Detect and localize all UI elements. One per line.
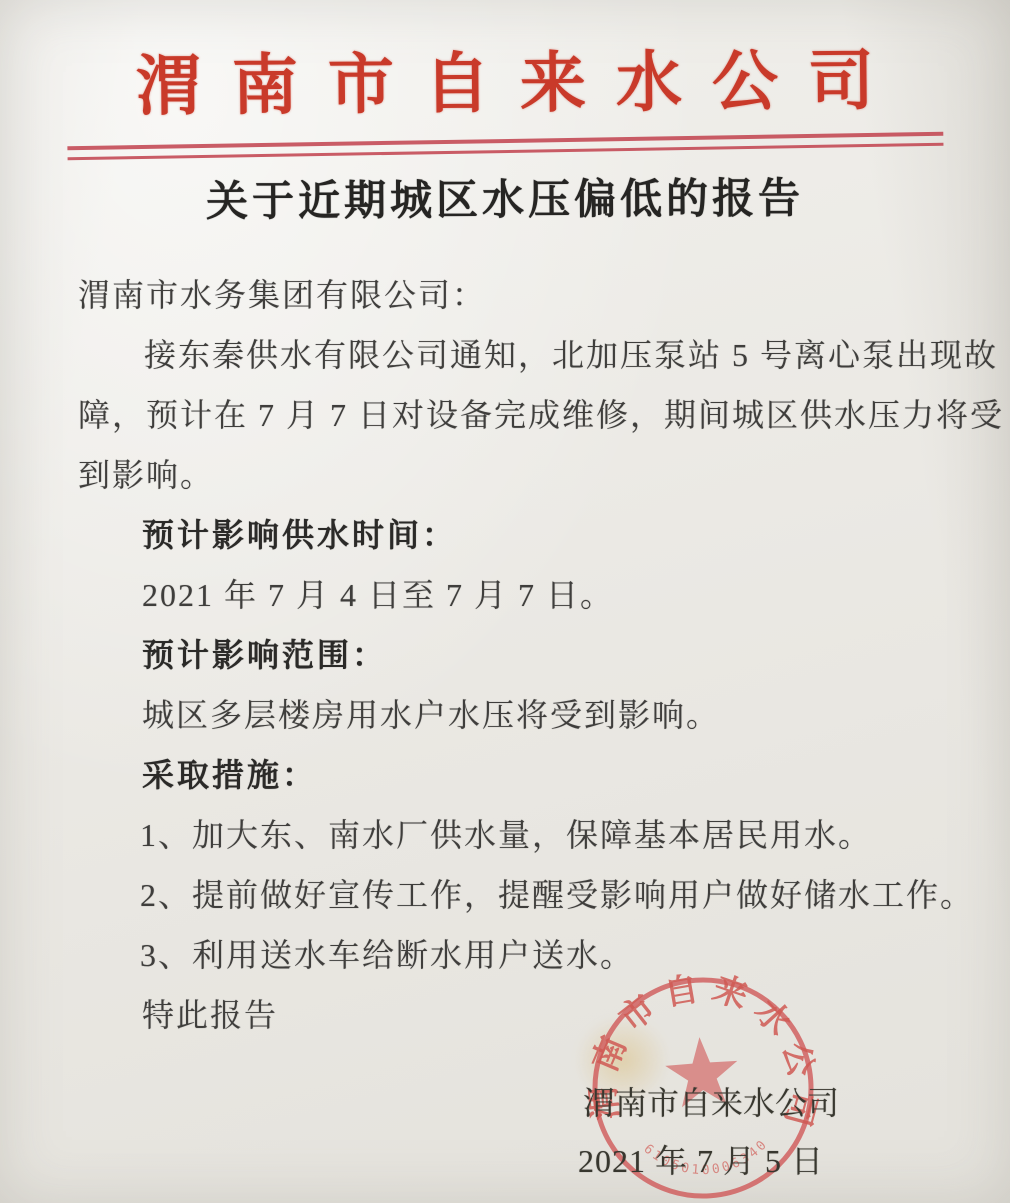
measure-list-item: 2、提前做好宣传工作，提醒受影响用户做好储水工作。 (140, 865, 970, 925)
letterhead-rule (67, 132, 943, 161)
salutation: 渭南市水务集团有限公司： (78, 265, 970, 325)
intro-paragraph-line: 到影响。 (78, 445, 970, 505)
letterhead-company-name: 渭南市自来水公司 (0, 26, 1010, 129)
signature-date: 2021 年 7 月 5 日 (578, 1136, 824, 1182)
measure-list-item: 1、加大东、南水厂供水量，保障基本居民用水。 (140, 805, 970, 865)
document-title: 关于近期城区水压偏低的报告 (0, 164, 1010, 229)
section-heading-measures: 采取措施： (142, 745, 970, 805)
measure-list-item: 3、利用送水车给断水用户送水。 (140, 925, 970, 985)
intro-paragraph-line: 接东秦供水有限公司通知，北加压泵站 5 号离心泵出现故 (78, 325, 970, 385)
document-body: 渭南市水务集团有限公司： 接东秦供水有限公司通知，北加压泵站 5 号离心泵出现故… (78, 265, 970, 1045)
signature-company-name: 渭南市自来水公司 (583, 1078, 839, 1124)
letterhead: 渭南市自来水公司 (0, 26, 1010, 157)
scanned-document-page: 渭南市自来水公司 关于近期城区水压偏低的报告 渭南市水务集团有限公司： 接东秦供… (0, 0, 1010, 1203)
closing-phrase: 特此报告 (142, 985, 970, 1045)
section-heading-affected-scope: 预计影响范围： (142, 625, 970, 685)
intro-paragraph-line: 障，预计在 7 月 7 日对设备完成维修，期间城区供水压力将受 (78, 385, 970, 445)
section-heading-affected-time: 预计影响供水时间： (142, 505, 970, 565)
section-content-affected-time: 2021 年 7 月 4 日至 7 月 7 日。 (142, 565, 970, 625)
section-content-affected-scope: 城区多层楼房用水户水压将受到影响。 (142, 685, 970, 745)
